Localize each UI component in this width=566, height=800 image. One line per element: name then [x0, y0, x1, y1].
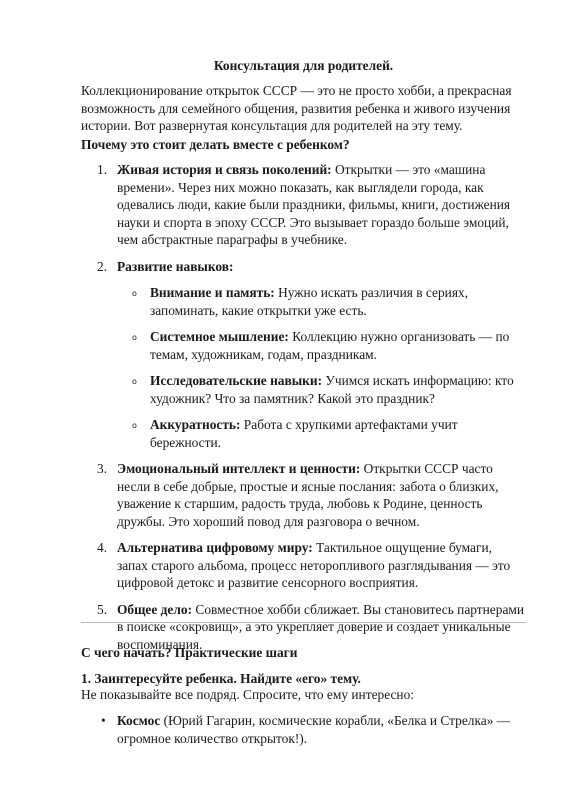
skill-item: oВнимание и память: Нужно искать различи…	[117, 284, 526, 319]
horizontal-divider	[81, 622, 526, 623]
reasons-list: 1. Живая история и связь поколений: Откр…	[81, 161, 526, 662]
document-title: Консультация для родителей.	[81, 57, 526, 74]
circle-bullet-icon: o	[132, 329, 137, 347]
list-number: 2.	[97, 258, 107, 276]
circle-bullet-icon: o	[132, 373, 137, 391]
topic-item: •Космос (Юрий Гагарин, космические кораб…	[81, 712, 526, 747]
skill-item: oАккуратность: Работа с хрупкими артефак…	[117, 416, 526, 451]
reason-title: Альтернатива цифровому миру:	[117, 540, 313, 555]
reason-title: Развитие навыков:	[117, 259, 233, 274]
start-heading: С чего начать? Практические шаги	[81, 644, 297, 661]
list-number: 1.	[97, 161, 107, 179]
topic-text: (Юрий Гагарин, космические корабли, «Бел…	[117, 713, 510, 746]
topic-title: Космос	[117, 713, 160, 728]
reason-item: 2. Развитие навыков: oВнимание и память:…	[81, 258, 526, 452]
skill-title: Системное мышление:	[150, 329, 289, 344]
bullet-dot-icon: •	[101, 712, 106, 730]
skill-title: Внимание и память:	[150, 285, 275, 300]
reason-title: Общее дело:	[117, 602, 192, 617]
skills-list: oВнимание и память: Нужно искать различи…	[117, 284, 526, 451]
circle-bullet-icon: o	[132, 285, 137, 303]
reason-item: 4. Альтернатива цифровому миру: Тактильн…	[81, 539, 526, 592]
list-number: 3.	[97, 460, 107, 478]
skill-title: Исследовательские навыки:	[150, 373, 322, 388]
step1-description: Не показывайте все подряд. Спросите, что…	[81, 686, 414, 703]
reason-title: Эмоциональный интеллект и ценности:	[117, 461, 360, 476]
why-heading: Почему это стоит делать вместе с ребенко…	[81, 136, 350, 153]
circle-bullet-icon: o	[132, 417, 137, 435]
intro-paragraph: Коллекционирование открыток СССР — это н…	[81, 82, 526, 135]
skill-item: oСистемное мышление: Коллекцию нужно орг…	[117, 328, 526, 363]
skill-item: oИсследовательские навыки: Учимся искать…	[117, 372, 526, 407]
topics-list: •Космос (Юрий Гагарин, космические кораб…	[81, 712, 526, 747]
step1-heading: 1. Заинтересуйте ребенка. Найдите «его» …	[81, 670, 361, 687]
skill-title: Аккуратность:	[150, 417, 240, 432]
list-number: 4.	[97, 539, 107, 557]
reason-item: 3. Эмоциональный интеллект и ценности: О…	[81, 460, 526, 530]
list-number: 5.	[97, 601, 107, 619]
reason-title: Живая история и связь поколений:	[117, 162, 332, 177]
reason-item: 1. Живая история и связь поколений: Откр…	[81, 161, 526, 249]
